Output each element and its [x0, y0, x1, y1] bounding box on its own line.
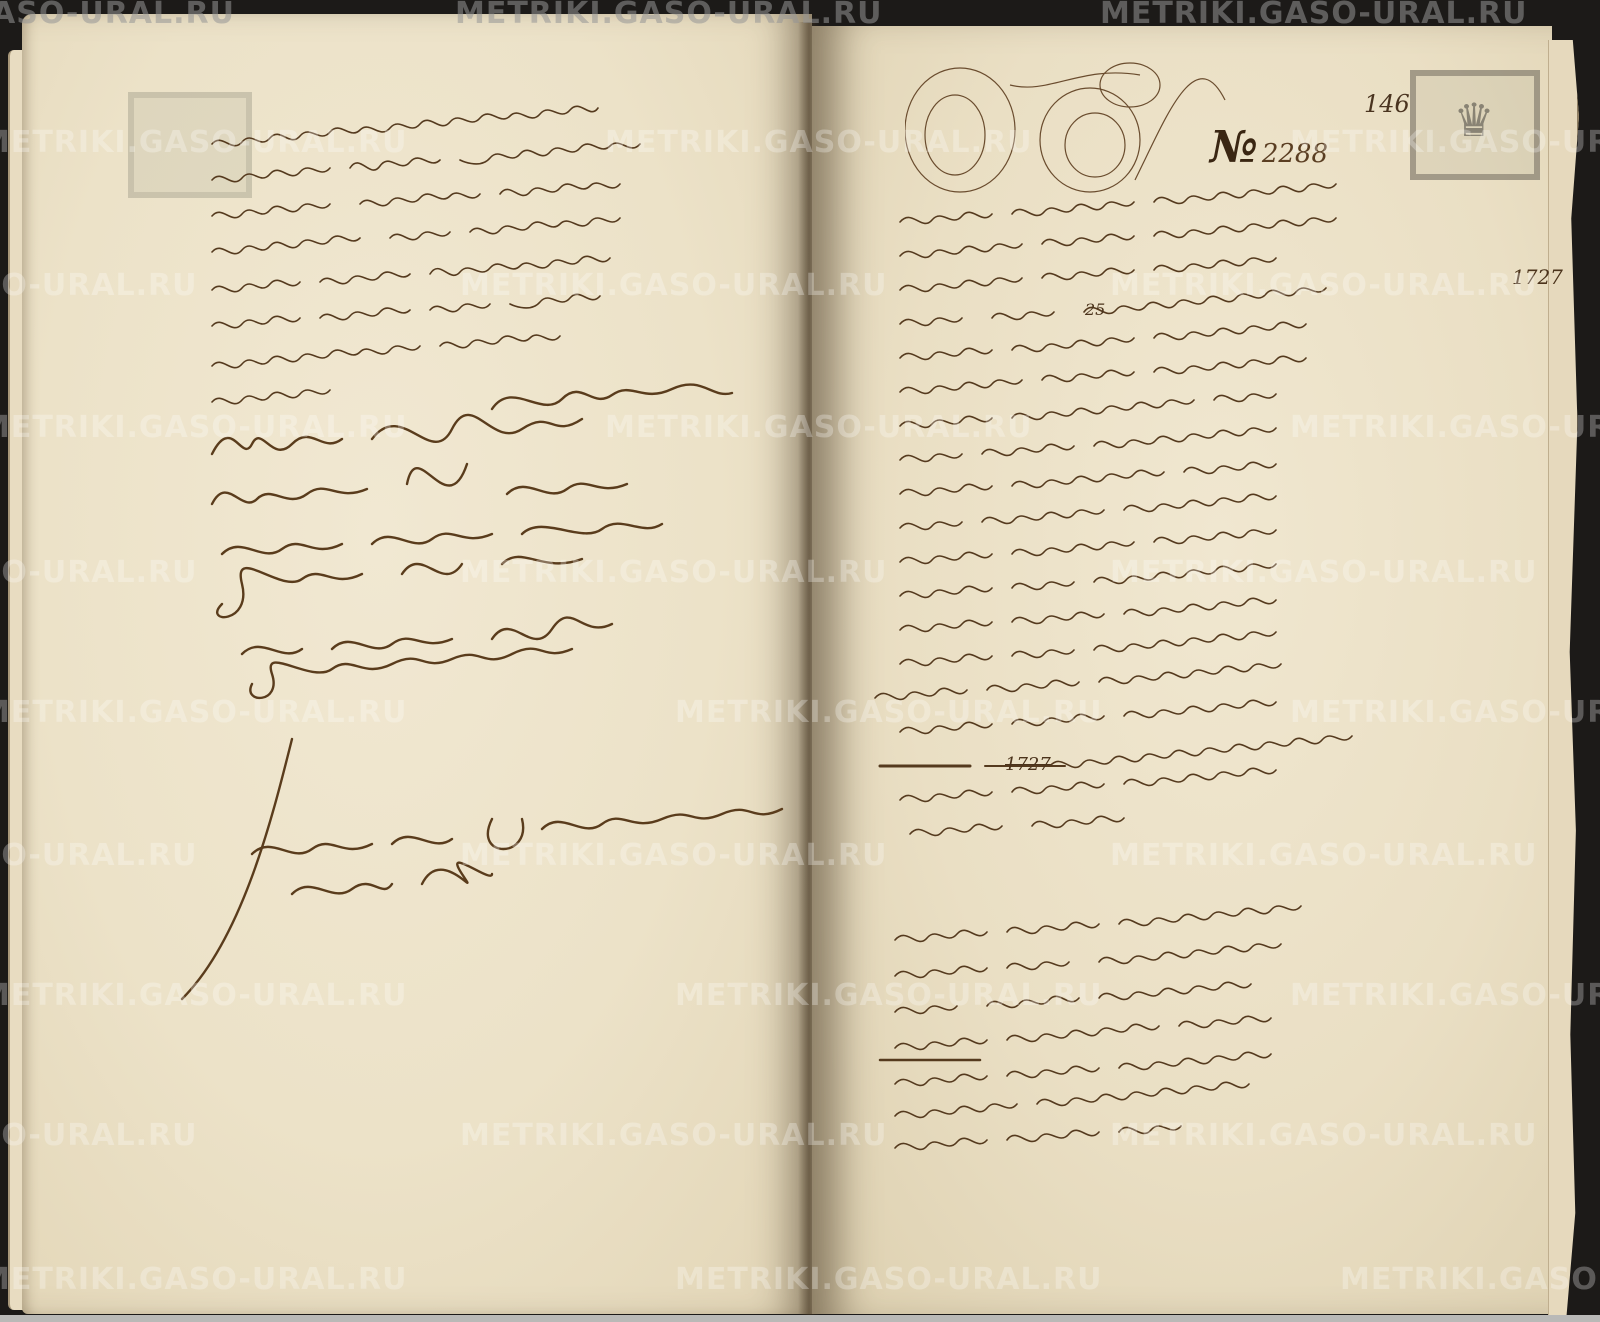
struck-year-1727: 1727 [1005, 754, 1051, 775]
open-book: №2288 146 ♛ [0, 0, 1600, 1316]
right-page-handwriting [0, 0, 1600, 1322]
year-1727: 1727 [1512, 265, 1563, 289]
scanner-bed-strip [0, 1315, 1600, 1322]
day-25: 25 [1085, 300, 1105, 319]
